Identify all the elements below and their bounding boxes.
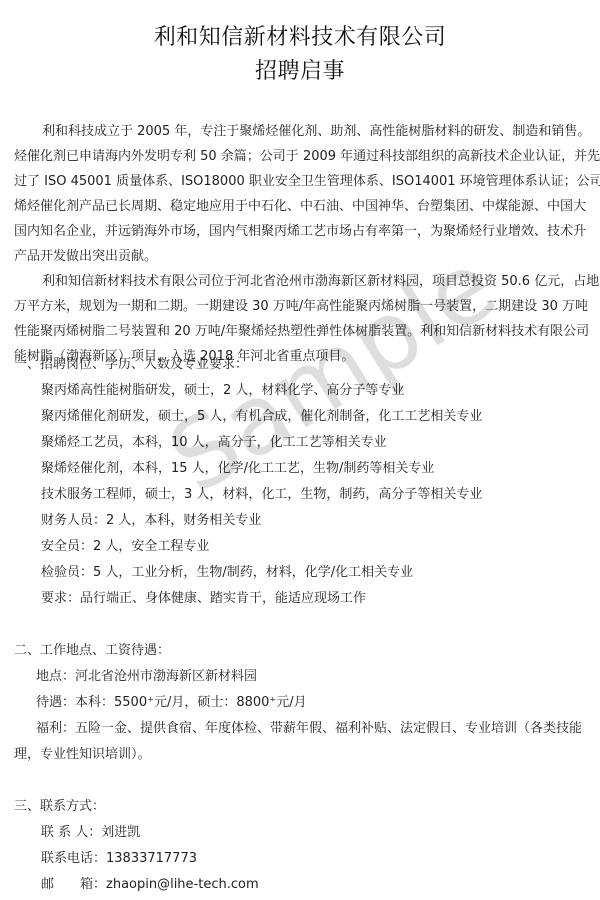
benefits-line: 福利：五险一金、提供食宿、年度体检、带薪年假、福利补贴、法定假日、专业培训（各类… [36, 721, 582, 737]
contact-email: 邮 箱：zhaopin@lihe-tech.com [41, 877, 259, 893]
intro-p2-line: 利和知信新材料技术有限公司位于河北省沧州市渤海新区新材料园，项目总投资 50.6… [42, 274, 599, 290]
position-item: 财务人员：2 人，本科，财务相关专业 [41, 513, 261, 529]
company-title: 利和知信新材料技术有限公司 [0, 20, 600, 51]
intro-p1-line: 国内知名企业，并远销海外市场，国内气相聚丙烯工艺市场占有率第一，为聚烯烃行业增效… [14, 224, 586, 240]
requirements-item: 要求：品行端正、身体健康、踏实肯干，能适应现场工作 [41, 591, 366, 607]
intro-p1-line: 利和科技成立于 2005 年，专注于聚烯烃催化剂、助剂、高性能树脂材料的研发、制… [42, 124, 590, 140]
work-location: 地点：河北省沧州市渤海新区新材料园 [36, 669, 257, 685]
salary-info: 待遇：本科：5500⁺元/月，硕士：8800⁺元/月 [36, 695, 307, 711]
section-3-heading: 三、联系方式： [14, 799, 105, 815]
position-item: 聚烯烃工艺员，本科，10 人，高分子，化工工艺等相关专业 [41, 435, 387, 451]
document-title: 招聘启事 [0, 54, 600, 85]
position-item: 聚丙烯催化剂研发，硕士，5 人，有机合成，催化剂制备，化工工艺相关专业 [41, 409, 482, 425]
position-item: 技术服务工程师，硕士，3 人，材料，化工，生物，制药，高分子等相关专业 [41, 487, 482, 503]
section-1-heading: 一、招聘岗位、学历、人数及专业要求： [14, 357, 248, 373]
position-item: 聚丙烯高性能树脂研发，硕士，2 人，材料化学、高分子等专业 [41, 383, 404, 399]
contact-person: 联 系 人：刘进凯 [41, 825, 140, 841]
intro-p2-line: 性能聚丙烯树脂二号装置和 20 万吨/年聚烯烃热塑性弹性体树脂装置。利和知信新材… [14, 324, 589, 340]
section-2-heading: 二、工作地点、工资待遇： [14, 643, 170, 659]
intro-p1-line: 过了 ISO 45001 质量体系、ISO18000 职业安全卫生管理体系、IS… [14, 174, 600, 190]
contact-phone: 联系电话：13833717773 [41, 851, 197, 867]
position-item: 聚烯烃催化剂，本科，15 人，化学/化工工艺，生物/制药等相关专业 [41, 461, 434, 477]
position-item: 检验员：5 人，工业分析，生物/制药，材料，化学/化工相关专业 [41, 565, 413, 581]
benefits-line: 理，专业性知识培训）。 [14, 747, 151, 763]
intro-p1-line: 烃催化剂已申请海内外发明专利 50 余篇；公司于 2009 年通过科技部组织的高… [14, 149, 600, 165]
intro-p1-line: 产品开发做出突出贡献。 [14, 249, 157, 265]
intro-p2-line: 万平方米，规划为一期和二期。一期建设 30 万吨/年高性能聚丙烯树脂一号装置，二… [14, 299, 588, 315]
intro-p1-line: 烯烃催化剂产品已长周期、稳定地应用于中石化、中石油、中国神华、台塑集团、中煤能源… [14, 199, 586, 215]
position-item: 安全员：2 人，安全工程专业 [41, 539, 209, 555]
